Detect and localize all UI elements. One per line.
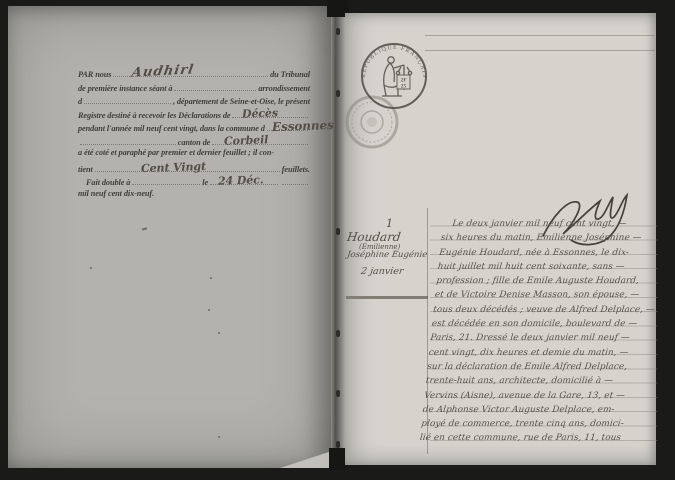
stamp-denomination-bottom: 25 xyxy=(401,84,407,90)
printed-text: pendant l'année mil neuf cent vingt, dan… xyxy=(78,124,265,133)
form-line-par-nous: PAR nous Audhirl du Tribunal xyxy=(78,67,310,81)
form-blank: Audhirl xyxy=(113,67,268,77)
binding-stitch xyxy=(336,228,340,235)
act-line: lié en cette commune, rue de Paris, 11, … xyxy=(419,431,647,445)
binding-stitch xyxy=(336,28,340,35)
printed-text: Registre destiné à recevoir les Déclarat… xyxy=(78,111,230,120)
act-line: Le deux janvier mil neuf cent vingt, — xyxy=(442,217,670,231)
printed-text: canton de xyxy=(178,138,211,147)
binding-stitch xyxy=(336,441,340,448)
act-line: est décédée en son domicile, boulevard d… xyxy=(431,317,659,331)
printed-text: Fait double à xyxy=(78,178,130,187)
dust-speck xyxy=(210,277,212,279)
binding-stitch xyxy=(336,90,340,97)
pencil-mark xyxy=(142,227,147,230)
act-number: 1 xyxy=(386,217,393,230)
printed-text: tient xyxy=(78,165,93,174)
printed-text: le xyxy=(202,178,208,187)
act-line: de Alphonse Victor Auguste Delplace, em- xyxy=(422,403,650,417)
printed-text: arrondissement xyxy=(258,84,310,93)
handwritten-deces: Décès xyxy=(241,106,277,120)
form-line-commune: pendant l'année mil neuf cent vingt, dan… xyxy=(78,121,310,135)
form-line-annee: mil neuf cent dix-neuf. xyxy=(78,189,310,203)
form-blank xyxy=(132,175,200,185)
spine-bottom-shadow xyxy=(329,448,346,470)
handwritten-date: 24 Déc. xyxy=(218,173,264,188)
ruled-line xyxy=(425,50,655,51)
printed-text: de première instance séant à xyxy=(78,84,172,93)
printed-text: , département de Seine-et-Oise, le prése… xyxy=(173,97,310,106)
form-blank xyxy=(174,81,256,91)
dust-speck xyxy=(208,309,210,311)
act-line: ployé de commerce, trente cinq ans, domi… xyxy=(420,417,648,431)
revenue-stamp-icon: RÉPUBLIQUE FRANÇAISE 2F 25 xyxy=(345,38,427,108)
margin-given-names: Joséphine Eugénie xyxy=(346,250,429,260)
form-blank: 24 Déc. xyxy=(210,175,278,185)
dust-speck xyxy=(218,436,220,438)
printed-attestation-form: PAR nous Audhirl du Tribunal de première… xyxy=(78,67,310,202)
form-blank: Décès xyxy=(232,108,308,118)
margin-annotation: Houdard (Emilienne) Joséphine Eugénie 2 … xyxy=(347,230,429,277)
printed-text: du Tribunal xyxy=(270,70,310,79)
printed-text: d xyxy=(78,97,82,106)
act-line: Vervins (Aisne), avenue de la Gare, 13, … xyxy=(423,389,651,403)
act-line: et de Victoire Denise Masson, son épouse… xyxy=(434,288,662,302)
margin-act-date: 2 janvier xyxy=(346,266,430,277)
ruled-line xyxy=(425,35,655,36)
handwritten-commune: Essonnes xyxy=(272,118,334,134)
act-line: trente-huit ans, architecte, domicilié à… xyxy=(425,374,653,388)
form-line-feuillets: tient Cent Vingt feuillets. xyxy=(78,162,310,176)
binding-stitch xyxy=(336,390,340,397)
form-blank xyxy=(80,135,176,145)
dust-speck xyxy=(90,267,92,269)
margin-separator-line xyxy=(346,296,428,299)
act-line: tous deux décédés ; veuve de Alfred Delp… xyxy=(433,303,661,317)
handwritten-canton: Corbeil xyxy=(224,133,269,148)
act-line: Eugénie Houdard, née à Essonnes, le dix- xyxy=(439,246,667,260)
scanned-register-photo: RÉPUBLIQUE FRANÇAISE 2F 25 PAR nous Audh… xyxy=(0,0,675,480)
printed-text: a été coté et paraphé par premier et der… xyxy=(78,148,274,157)
act-line: Paris, 21. Dressé le deux janvier mil ne… xyxy=(429,331,657,345)
act-line: profession ; fille de Emile Auguste Houd… xyxy=(436,274,664,288)
form-line-instance: de première instance séant à arrondissem… xyxy=(78,81,310,95)
dust-speck xyxy=(218,332,220,334)
act-line: six heures du matin, Emilienne Joséphine… xyxy=(440,231,668,245)
printed-text: feuillets. xyxy=(282,165,310,174)
stamps-group: RÉPUBLIQUE FRANÇAISE 2F 25 xyxy=(345,38,445,158)
book-spine xyxy=(331,8,346,466)
embossed-seal-icon xyxy=(347,97,397,147)
handwritten-feuillet-count: Cent Vingt xyxy=(141,159,206,174)
form-blank xyxy=(84,94,171,104)
form-line-fait-double: Fait double à le 24 Déc. xyxy=(78,175,310,189)
act-line: huit juillet mil huit cent soixante, san… xyxy=(437,260,665,274)
handwritten-judge-name: Audhirl xyxy=(130,62,195,80)
binding-stitch xyxy=(336,330,340,337)
act-line: cent vingt, dix heures et demie du matin… xyxy=(428,346,656,360)
printed-text: PAR nous xyxy=(78,70,111,79)
act-line: sur la déclaration de Emile Alfred Delpl… xyxy=(426,360,654,374)
margin-surname: Houdard xyxy=(346,230,430,244)
death-act-body: Le deux janvier mil neuf cent vingt, — s… xyxy=(419,217,669,446)
form-blank: Cent Vingt xyxy=(95,162,280,172)
form-line-canton: canton de Corbeil xyxy=(78,135,310,149)
printed-text: mil neuf cent dix-neuf. xyxy=(78,189,154,198)
form-blank xyxy=(282,175,308,185)
page-corner-curl xyxy=(280,451,332,468)
form-blank: Essonnes xyxy=(267,121,308,131)
form-blank: Corbeil xyxy=(212,135,308,145)
